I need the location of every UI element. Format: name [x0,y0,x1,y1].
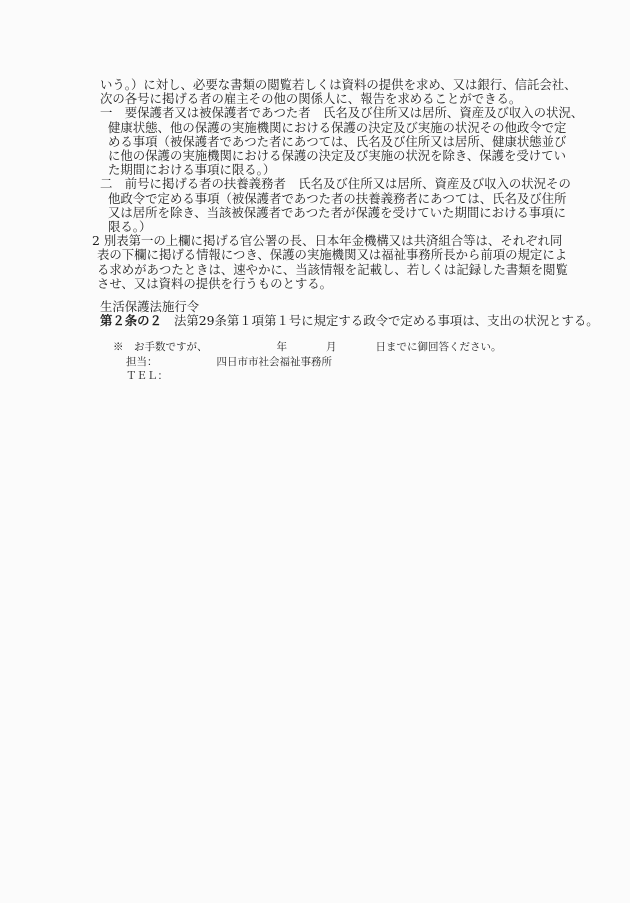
law-text-line: 次の各号に掲げる者の雇主その他の関係人に、報告を求めることができる。 [100,92,600,106]
day-suffix-text: 日までに御回答ください。 [376,341,502,353]
blank-gap [100,328,600,340]
ordinance-article-line: 第２条の２法第29条第１項第１号に規定する政令で定める事項は、支出の状況とする。 [100,314,600,328]
article-text: 法第29条第１項第１号に規定する政令で定める事項は、支出の状況とする。 [174,313,599,328]
law-item-2-line: 他政令で定める事項（被保護者であつた者の扶養義務者にあつては、氏名及び住所 [108,192,600,206]
scanned-document-page: いう。）に対し、必要な書類の閲覧若しくは資料の提供を求め、又は銀行、信託会社、 … [0,0,630,903]
law-item-1-line: 一 要保護者又は被保護者であつた者 氏名及び住所又は居所、資産及び収入の状況、 [100,106,600,120]
contact-label: 担当： [126,356,158,368]
law-item-2-line: 又は居所を除き、当該被保護者であつた者が保護を受けていた期間における事項に [108,206,600,220]
law-paragraph-2-line: 2 別表第一の上欄に掲げる官公署の長、日本年金機構又は共済組合等は、それぞれ同 [92,234,600,248]
tel-label: ＴＥＬ： [126,370,168,382]
reply-deadline-line: ※ お手数ですが、年月日までに御回答ください。 [113,340,600,354]
contact-office-name: 四日市市社会福祉事務所 [217,356,333,368]
article-number: 第２条の２ [100,313,162,328]
contact-line: 担当：四日市市社会福祉事務所 [126,355,600,369]
tel-line: ＴＥＬ： [126,369,600,383]
law-item-1-line: 健康状態、他の保護の実施機関における保護の決定及び実施の状況その他政令で定 [108,121,600,135]
month-label: 月 [326,341,337,353]
legal-text-block: いう。）に対し、必要な書類の閲覧若しくは資料の提供を求め、又は銀行、信託会社、 … [100,78,600,384]
reply-request-text: ※ お手数ですが、 [113,341,208,353]
law-text-line: いう。）に対し、必要な書類の閲覧若しくは資料の提供を求め、又は銀行、信託会社、 [100,78,600,92]
law-paragraph-2-line: 表の下欄に掲げる情報につき、保護の実施機関又は福祉事務所長から前項の規定によ [97,248,600,262]
law-item-1-line: た期間における事項に限る。） [108,163,600,177]
law-paragraph-2-line: させ、又は資料の提供を行うものとする。 [97,277,600,291]
ordinance-title: 生活保護法施行令 [100,300,600,314]
law-paragraph-2-line: る求めがあつたときは、速やかに、当該情報を記載し、若しくは記録した書類を閲覧 [97,263,600,277]
law-item-1-line: める事項（被保護者であつた者にあつては、氏名及び住所又は居所、健康状態並び [108,135,600,149]
law-item-1-line: に他の保護の実施機関における保護の決定及び実施の状況を除き、保護を受けてい [108,149,600,163]
reply-note-block: ※ お手数ですが、年月日までに御回答ください。 担当：四日市市社会福祉事務所 Ｔ… [100,340,600,383]
law-item-2-line: 二 前号に掲げる者の扶養義務者 氏名及び住所又は居所、資産及び収入の状況その [100,177,600,191]
law-item-2-line: 限る。） [108,220,600,234]
year-label: 年 [277,341,288,353]
